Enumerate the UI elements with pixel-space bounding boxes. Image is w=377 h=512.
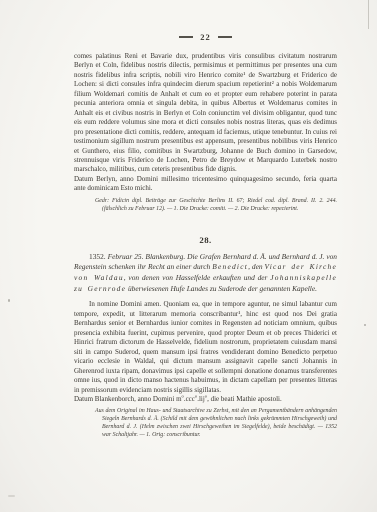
scan-artifact-line xyxy=(368,0,369,29)
entry-28-datum: Datum Blankenborch, anno Domini mo.ccco.… xyxy=(74,395,337,404)
regest-text: , von denen von Hasselfelde erkauften un… xyxy=(124,273,270,282)
scan-artifact-dot xyxy=(364,324,366,326)
text-block: 22 comes palatinus Reni et Bavarie dux, … xyxy=(74,32,337,440)
entry-28-source-note: Aus dem Original im Haus- und Staatsarch… xyxy=(74,408,337,440)
entry-28-regest: 1352. Februar 25. Blankenburg. Die Grafe… xyxy=(74,252,337,295)
page-header: 22 xyxy=(74,32,337,42)
page-number-dash-right xyxy=(218,36,232,37)
datum-text: .lij xyxy=(197,395,205,403)
regest-text: überwiesenen Hufe Landes zu Suderode der… xyxy=(126,284,317,293)
datum-text: , die beati Mathie apostoli. xyxy=(207,395,282,403)
entry-27-source-note: Gedr: Fidicin dipl. Beiträge zur Geschic… xyxy=(74,198,337,214)
page-number-dash-left xyxy=(179,36,193,37)
entry-27-text: comes palatinus Reni et Bavarie dux, pru… xyxy=(74,52,337,175)
regest-text: , den xyxy=(248,262,264,271)
datum-text: Datum Blankenborch, anno Domini m xyxy=(74,395,182,403)
regest-date: 1352. xyxy=(89,252,108,261)
scan-artifact-dot xyxy=(8,299,10,302)
datum-text: .ccc xyxy=(184,395,195,403)
scan-artifact-smudge xyxy=(8,495,15,497)
page-number: 22 xyxy=(200,32,211,42)
regest-name-benedict: Benedict xyxy=(212,262,248,271)
entry-28-number: 28. xyxy=(74,235,337,245)
entry-28-text: In nomine Domini amen. Quoniam ea, que i… xyxy=(74,300,337,395)
scanned-book-page: 22 comes palatinus Reni et Bavarie dux, … xyxy=(0,0,377,512)
entry-27-datum: Datum Berlyn, anno Domini millesimo tric… xyxy=(74,175,337,194)
